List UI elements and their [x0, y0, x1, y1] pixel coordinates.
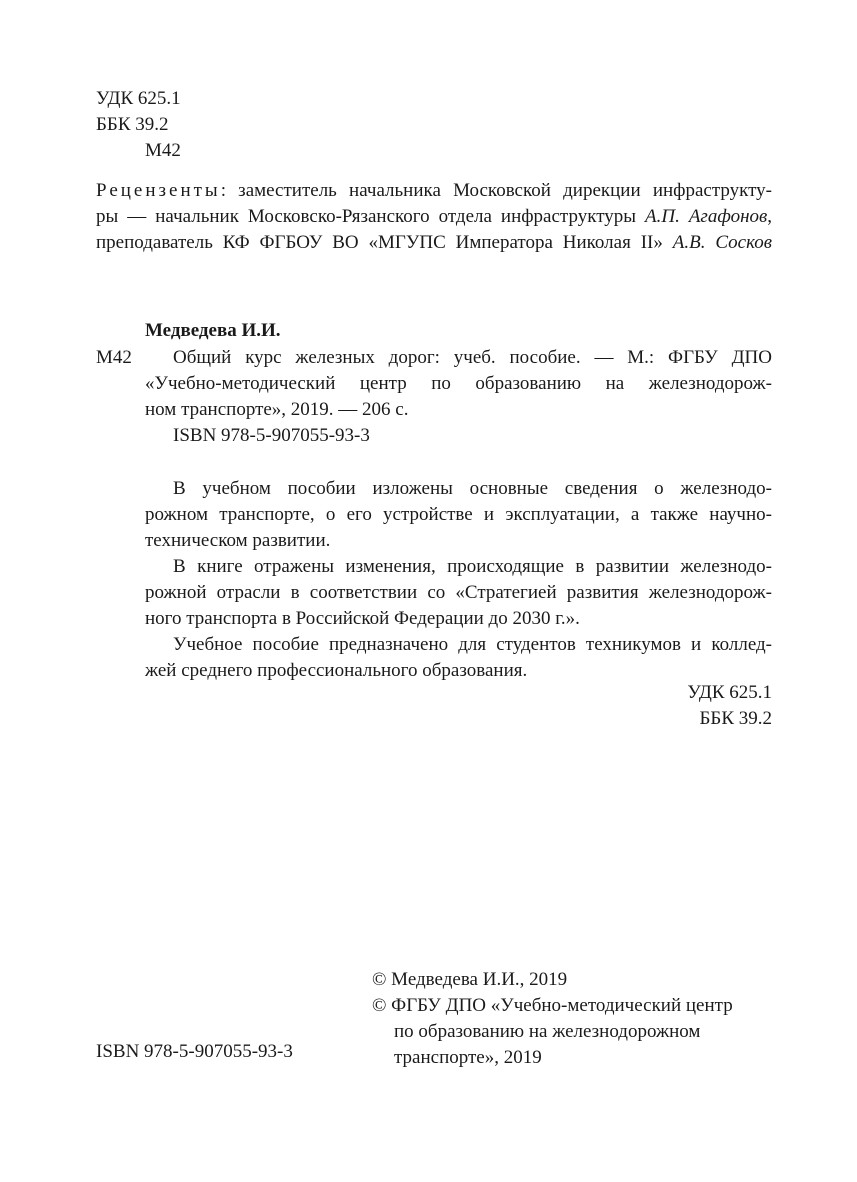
reviewers-line-2: ры — начальник Московско-Рязанского отде… [96, 204, 772, 230]
annotation-paragraph: В учебном пособии изложены основные свед… [145, 476, 772, 554]
bib-line: Общий курс железных дорог: учеб. пособие… [145, 345, 772, 371]
reviewer-name: А.П. Агафонов [645, 206, 767, 227]
author-mark-label: М42 [96, 345, 132, 371]
classification-codes-bottom: УДК 625.1 ББК 39.2 [687, 680, 772, 732]
isbn-footer: ISBN 978-5-907055-93-3 [96, 1039, 293, 1065]
reviewers-line-3: преподаватель КФ ФГБОУ ВО «МГУПС Императ… [96, 230, 772, 256]
copyright-publisher-cont: по образованию на железнодорожном [372, 1019, 733, 1045]
bibliographic-description: Общий курс железных дорог: учеб. пособие… [145, 345, 772, 423]
reviewers-label: Рецензенты [96, 180, 221, 201]
annotation: В учебном пособии изложены основные свед… [145, 476, 772, 684]
annotation-paragraph: В книге отражены изменения, происходящие… [145, 554, 772, 632]
isbn: ISBN 978-5-907055-93-3 [173, 423, 370, 449]
udk-code: УДК 625.1 [96, 86, 181, 112]
author-mark: М42 [96, 138, 181, 164]
copyright-block: © Медведева И.И., 2019 © ФГБУ ДПО «Учебн… [372, 967, 733, 1071]
bib-line: ном транспорте», 2019. — 206 с. [145, 397, 772, 423]
udk-code: УДК 625.1 [687, 680, 772, 706]
copyright-author: © Медведева И.И., 2019 [372, 967, 733, 993]
copyright-publisher: © ФГБУ ДПО «Учебно-методический центр [372, 993, 733, 1019]
copyright-publisher-cont: транспорте», 2019 [372, 1045, 733, 1071]
bbk-code: ББК 39.2 [96, 112, 181, 138]
annotation-paragraph: Учебное пособие предназначено для студен… [145, 632, 772, 684]
bbk-code: ББК 39.2 [687, 706, 772, 732]
reviewers-line-1: Рецензенты: заместитель начальника Моско… [96, 178, 772, 204]
bib-line: «Учебно-методический центр по образовани… [145, 371, 772, 397]
reviewer-name: А.В. Сосков [673, 232, 772, 253]
reviewers-block: Рецензенты: заместитель начальника Моско… [96, 178, 772, 256]
classification-codes-top: УДК 625.1 ББК 39.2 М42 [96, 86, 181, 164]
book-author: Медведева И.И. [145, 318, 281, 344]
